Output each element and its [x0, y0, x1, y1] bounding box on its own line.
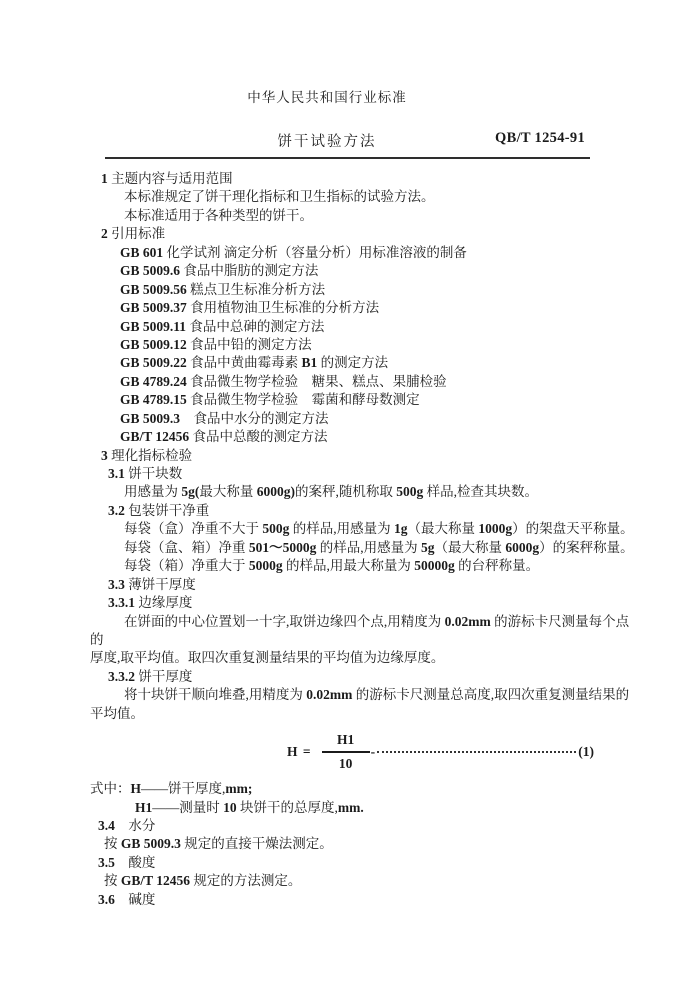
- text-segment: 按: [104, 836, 121, 851]
- bold-text-segment: 1g: [394, 521, 408, 536]
- bold-text-segment: 3.3: [108, 577, 125, 592]
- text-line: 3 理化指标检验: [101, 447, 610, 465]
- bold-text-segment: mm.: [338, 800, 364, 815]
- bold-text-segment: 6000g): [257, 484, 295, 499]
- formula-leader-dash: -: [371, 744, 376, 760]
- text-segment: 引用标准: [108, 226, 165, 241]
- document-body: 1 主题内容与适用范围本标准规定了饼干理化指标和卫生指标的试验方法。本标准适用于…: [90, 170, 610, 909]
- text-segment: 式中：: [90, 781, 131, 796]
- text-segment: 每袋（盒、箱）净重: [124, 540, 249, 555]
- text-segment: 厚度,取平均值。取四次重复测量结果的平均值为边缘厚度。: [90, 650, 444, 665]
- text-line: 每袋（盒）净重不大于 500g 的样品,用感量为 1g（最大称量 1000g）的…: [124, 520, 610, 538]
- text-line: GB/T 12456 食品中总酸的测定方法: [120, 428, 610, 446]
- text-line: 2 引用标准: [101, 225, 610, 243]
- text-line: 平均值。: [90, 705, 610, 723]
- bold-text-segment: 3: [101, 448, 108, 463]
- text-line: GB 5009.6 食品中脂肪的测定方法: [120, 262, 610, 280]
- text-line: 3.4 水分: [98, 817, 610, 835]
- text-segment: 食品中水分的测定方法: [180, 411, 329, 426]
- text-line: 按 GB 5009.3 规定的直接干燥法测定。: [104, 835, 610, 853]
- text-line: GB 5009.22 食品中黄曲霉毒素 B1 的测定方法: [120, 354, 610, 372]
- text-segment: 的游标卡尺测量每个点: [491, 614, 629, 629]
- text-line: GB 5009.12 食品中铅的测定方法: [120, 336, 610, 354]
- text-segment: 食品中总酸的测定方法: [189, 429, 327, 444]
- text-line: H1——测量时 10 块饼干的总厚度,mm.: [135, 799, 610, 817]
- document-title: 饼干试验方法: [278, 130, 377, 151]
- text-line: GB 4789.15 食品微生物学检验 霉菌和酵母数测定: [120, 391, 610, 409]
- text-segment: ）的架盘天平称量。: [512, 521, 634, 536]
- text-segment: 将十块饼干顺向堆叠,用精度为: [124, 687, 306, 702]
- text-segment: 酸度: [115, 855, 156, 870]
- text-segment: ）的案秤称量。: [539, 540, 634, 555]
- bold-text-segment: H1: [135, 800, 152, 815]
- text-segment: 化学试剂 滴定分析（容量分析）用标准溶液的制备: [163, 245, 467, 260]
- text-segment: （最大称量: [408, 521, 479, 536]
- text-segment: 的案秤,随机称取: [295, 484, 396, 499]
- bold-text-segment: 5g(: [181, 484, 199, 499]
- text-line: 式中：H——饼干厚度,mm;: [90, 780, 610, 798]
- text-line: GB 5009.56 糕点卫生标准分析方法: [120, 281, 610, 299]
- text-line: 3.3 薄饼干厚度: [108, 576, 610, 594]
- bold-text-segment: 0.02mm: [445, 614, 491, 629]
- text-segment: 薄饼干厚度: [125, 577, 196, 592]
- text-line: GB 5009.3 食品中水分的测定方法: [120, 410, 610, 428]
- text-line: 3.2 包装饼干净重: [108, 502, 610, 520]
- bold-text-segment: GB/T 12456: [121, 873, 190, 888]
- text-line: GB 5009.37 食用植物油卫生标准的分析方法: [120, 299, 610, 317]
- text-line: 每袋（箱）净重大于 5000g 的样品,用最大称量为 50000g 的台秤称量。: [124, 557, 610, 575]
- text-segment: 理化指标检验: [108, 448, 192, 463]
- text-line: 的: [90, 631, 610, 649]
- bold-text-segment: 3.5: [98, 855, 115, 870]
- bold-text-segment: 2: [101, 226, 108, 241]
- header-rule: [105, 157, 590, 159]
- bold-text-segment: B1: [302, 355, 318, 370]
- bold-text-segment: 50000g: [414, 558, 455, 573]
- text-line: 3.1 饼干块数: [108, 465, 610, 483]
- text-segment: 的样品,用感量为: [316, 540, 421, 555]
- text-segment: 食品中总砷的测定方法: [186, 319, 324, 334]
- bold-text-segment: GB/T 12456: [120, 429, 189, 444]
- text-line: GB 4789.24 食品微生物学检验 糖果、糕点、果脯检验: [120, 373, 610, 391]
- text-segment: ——饼干厚度,: [141, 781, 225, 796]
- text-segment: 每袋（盒）净重不大于: [124, 521, 262, 536]
- dot-leader: [377, 751, 576, 753]
- text-segment: 的台秤称量。: [455, 558, 539, 573]
- bold-text-segment: 5000g: [249, 558, 283, 573]
- title-row: 饼干试验方法 QB/T 1254-91: [0, 130, 700, 148]
- text-segment: 饼干厚度: [135, 669, 192, 684]
- text-segment: 规定的方法测定。: [190, 873, 301, 888]
- text-segment: 平均值。: [90, 706, 144, 721]
- text-segment: 按: [104, 873, 121, 888]
- text-segment: 碱度: [115, 892, 156, 907]
- text-segment: 主题内容与适用范围: [108, 171, 233, 186]
- text-segment: （最大称量: [435, 540, 506, 555]
- text-segment: 规定的直接干燥法测定。: [181, 836, 333, 851]
- bold-text-segment: 6000g: [505, 540, 539, 555]
- text-segment: 食品中黄曲霉毒素: [187, 355, 302, 370]
- text-line: 1 主题内容与适用范围: [101, 170, 610, 188]
- text-segment: 饼干块数: [125, 466, 182, 481]
- text-segment: 糕点卫生标准分析方法: [187, 282, 325, 297]
- bold-text-segment: GB 5009.37: [120, 300, 187, 315]
- text-segment: 的游标卡尺测量总高度,取四次重复测量结果的: [352, 687, 629, 702]
- bold-text-segment: 500g: [262, 521, 289, 536]
- bold-text-segment: 3.3.2: [108, 669, 135, 684]
- bold-text-segment: GB 5009.3: [121, 836, 181, 851]
- text-line: 3.3.2 饼干厚度: [108, 668, 610, 686]
- formula-number-label: (1): [578, 744, 594, 760]
- text-segment: 食品微生物学检验 霉菌和酵母数测定: [187, 392, 420, 407]
- bold-text-segment: GB 4789.15: [120, 392, 187, 407]
- bold-text-segment: 1: [101, 171, 108, 186]
- text-line: 用感量为 5g(最大称量 6000g)的案秤,随机称取 500g 样品,检查其块…: [124, 483, 610, 501]
- text-segment: 食品中铅的测定方法: [187, 337, 312, 352]
- bold-text-segment: H: [131, 781, 142, 796]
- formula-denominator: 10: [339, 753, 353, 772]
- bold-text-segment: 1000g: [478, 521, 512, 536]
- text-segment: ——测量时: [152, 800, 223, 815]
- text-segment: 食用植物油卫生标准的分析方法: [187, 300, 379, 315]
- bold-text-segment: GB 5009.22: [120, 355, 187, 370]
- text-line: 本标准适用于各种类型的饼干。: [124, 207, 610, 225]
- text-line: 按 GB/T 12456 规定的方法测定。: [104, 872, 610, 890]
- text-line: 每袋（盒、箱）净重 501～5000g 的样品,用感量为 5g（最大称量 600…: [124, 539, 610, 557]
- bold-text-segment: 500g: [396, 484, 423, 499]
- formula-numerator: H1: [322, 732, 370, 753]
- bold-text-segment: 3.1: [108, 466, 125, 481]
- bold-text-segment: 3.4: [98, 818, 115, 833]
- bold-text-segment: 10: [223, 800, 237, 815]
- standard-org-header: 中华人民共和国行业标准: [0, 86, 677, 106]
- text-segment: 用感量为: [124, 484, 181, 499]
- text-segment: 的测定方法: [317, 355, 388, 370]
- bold-text-segment: GB 5009.11: [120, 319, 186, 334]
- text-line: 本标准规定了饼干理化指标和卫生指标的试验方法。: [124, 188, 610, 206]
- bold-text-segment: mm;: [225, 781, 252, 796]
- text-segment: 在饼面的中心位置划一十字,取饼边缘四个点,用精度为: [124, 614, 445, 629]
- bold-text-segment: 5g: [421, 540, 435, 555]
- bold-text-segment: 501～5000g: [249, 540, 317, 555]
- bold-text-segment: GB 5009.12: [120, 337, 187, 352]
- text-line: GB 601 化学试剂 滴定分析（容量分析）用标准溶液的制备: [120, 244, 610, 262]
- text-segment: 食品中脂肪的测定方法: [180, 263, 318, 278]
- text-line: 3.6 碱度: [98, 891, 610, 909]
- bold-text-segment: GB 601: [120, 245, 163, 260]
- text-line: GB 5009.11 食品中总砷的测定方法: [120, 318, 610, 336]
- bold-text-segment: 3.3.1: [108, 595, 135, 610]
- text-segment: 的样品,用感量为: [289, 521, 394, 536]
- text-line: 厚度,取平均值。取四次重复测量结果的平均值为边缘厚度。: [90, 649, 610, 667]
- text-segment: 块饼干的总厚度,: [237, 800, 338, 815]
- formula-lhs: H =: [287, 744, 312, 760]
- text-segment: 本标准适用于各种类型的饼干。: [124, 208, 313, 223]
- text-segment: 本标准规定了饼干理化指标和卫生指标的试验方法。: [124, 189, 435, 204]
- text-line: 3.5 酸度: [98, 854, 610, 872]
- text-segment: 包装饼干净重: [125, 503, 209, 518]
- bold-text-segment: GB 5009.3: [120, 411, 180, 426]
- text-line: 在饼面的中心位置划一十字,取饼边缘四个点,用精度为 0.02mm 的游标卡尺测量…: [124, 613, 610, 631]
- text-segment: 最大称量: [199, 484, 256, 499]
- text-segment: 水分: [115, 818, 156, 833]
- standard-number: QB/T 1254-91: [495, 130, 585, 147]
- bold-text-segment: 0.02mm: [306, 687, 352, 702]
- bold-text-segment: GB 5009.56: [120, 282, 187, 297]
- text-line: 3.3.1 边缘厚度: [108, 594, 610, 612]
- text-segment: 每袋（箱）净重大于: [124, 558, 249, 573]
- text-line: 将十块饼干顺向堆叠,用精度为 0.02mm 的游标卡尺测量总高度,取四次重复测量…: [124, 686, 610, 704]
- text-segment: 样品,检查其块数。: [423, 484, 538, 499]
- formula-fraction: H110: [322, 732, 370, 772]
- bold-text-segment: 3.2: [108, 503, 125, 518]
- page: { "header": { "org_line": "中华人民共和国行业标准",…: [0, 0, 700, 991]
- bold-text-segment: 3.6: [98, 892, 115, 907]
- text-segment: 食品微生物学检验 糖果、糕点、果脯检验: [187, 374, 447, 389]
- bold-text-segment: GB 5009.6: [120, 263, 180, 278]
- text-segment: 边缘厚度: [135, 595, 192, 610]
- formula-equation: H =H110-(1): [287, 723, 594, 780]
- text-segment: 的样品,用最大称量为: [283, 558, 415, 573]
- bold-text-segment: GB 4789.24: [120, 374, 187, 389]
- text-segment: 的: [90, 632, 104, 647]
